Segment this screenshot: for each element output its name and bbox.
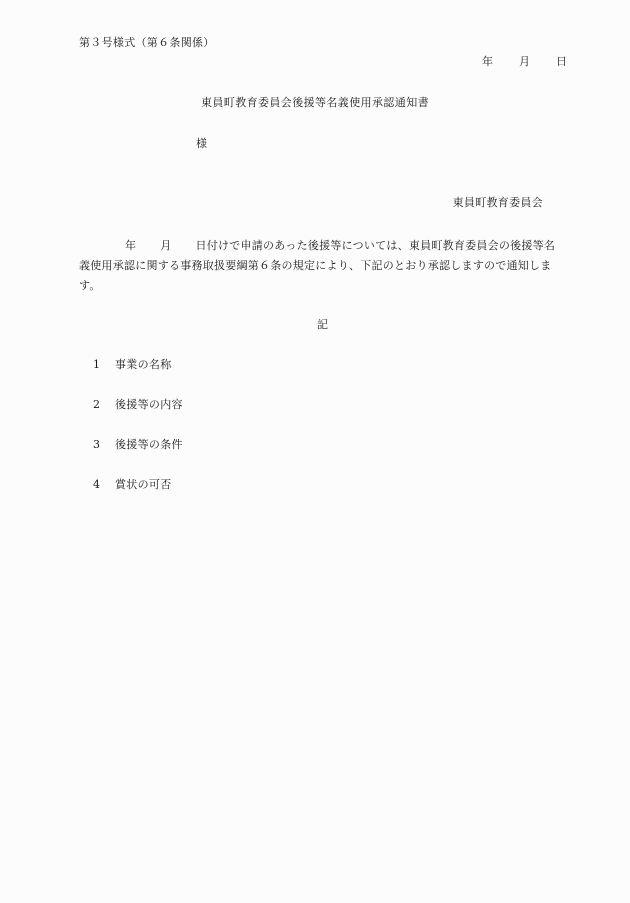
- body-line-1-text: 日付けで申請のあった後援等については、東員町教育委員会の後援等名: [196, 239, 556, 252]
- sender-name: 東員町教育委員会: [453, 196, 543, 210]
- item-list: 1 事業の名称 2 後援等の内容 3 後援等の条件 4 賞状の可否: [93, 358, 183, 518]
- body-line-1: 年月日付けで申請のあった後援等については、東員町教育委員会の後援等名: [79, 236, 569, 256]
- date-month-label: 月: [519, 55, 530, 69]
- item-number: 1: [93, 358, 115, 398]
- form-number-label: 第３号様式（第６条関係）: [79, 36, 215, 50]
- document-page: 第３号様式（第６条関係） 年月日 東員町教育委員会後援等名義使用承認通知書 様 …: [0, 0, 630, 903]
- date-year-label: 年: [482, 55, 493, 69]
- list-item: 2 後援等の内容: [93, 398, 183, 438]
- body-paragraph: 年月日付けで申請のあった後援等については、東員町教育委員会の後援等名 義使用承認…: [79, 236, 569, 296]
- item-number: 4: [93, 478, 115, 518]
- document-title: 東員町教育委員会後援等名義使用承認通知書: [0, 96, 630, 110]
- ki-heading: 記: [0, 318, 630, 332]
- date-line: 年月日: [482, 55, 567, 69]
- item-number: 2: [93, 398, 115, 438]
- date-day-label: 日: [556, 55, 567, 69]
- list-item: 3 後援等の条件: [93, 438, 183, 478]
- addressee-suffix: 様: [196, 137, 207, 151]
- item-label: 後援等の内容: [115, 398, 183, 438]
- body-year-label: 年: [125, 239, 136, 252]
- item-label: 事業の名称: [115, 358, 172, 398]
- body-month-label: 月: [160, 239, 171, 252]
- item-number: 3: [93, 438, 115, 478]
- list-item: 4 賞状の可否: [93, 478, 183, 518]
- item-label: 賞状の可否: [115, 478, 172, 518]
- body-line-3: す。: [79, 276, 569, 296]
- item-label: 後援等の条件: [115, 438, 183, 478]
- body-line-2: 義使用承認に関する事務取扱要綱第６条の規定により、下記のとおり承認しますので通知…: [79, 256, 569, 276]
- list-item: 1 事業の名称: [93, 358, 183, 398]
